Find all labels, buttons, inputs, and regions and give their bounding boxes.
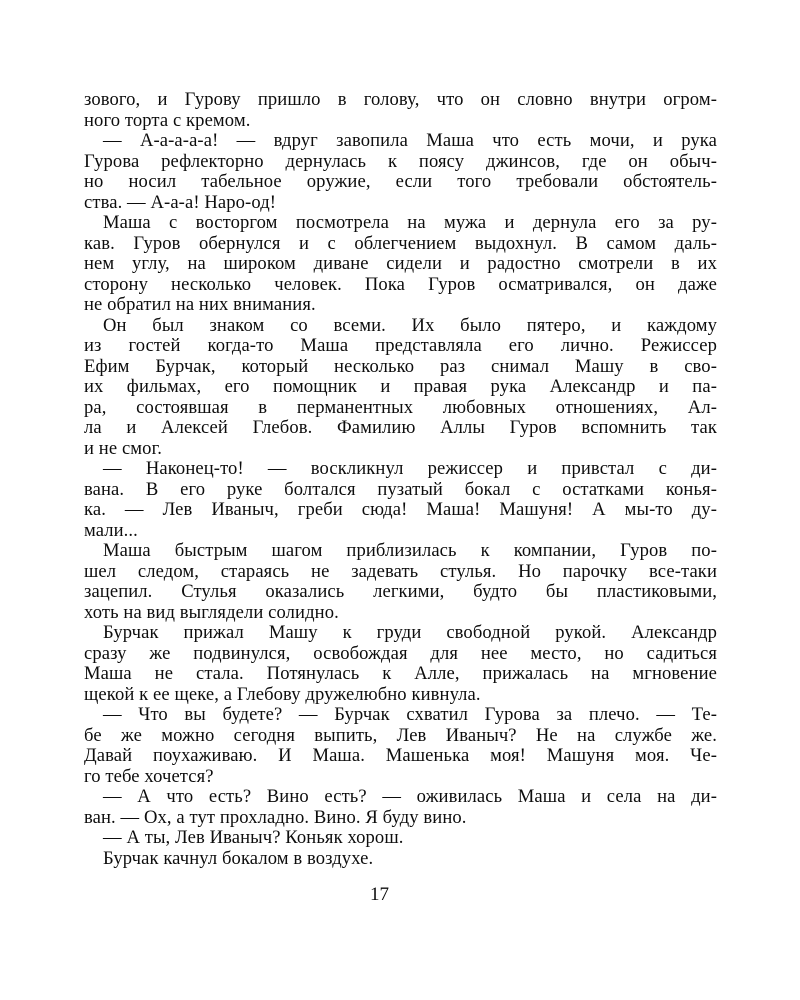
page-text: зового, и Гурову пришло в голову, что он…: [84, 90, 717, 869]
text-line: мали...: [84, 521, 717, 542]
text-line: Гурова рефлекторно дернулась к поясу джи…: [84, 152, 717, 173]
text-line: Ефим Бурчак, который несколько раз снима…: [84, 357, 717, 378]
text-line: — А ты, Лев Иваныч? Коньяк хорош.: [84, 828, 717, 849]
text-line: не обратил на них внимания.: [84, 295, 717, 316]
text-line: Маша быстрым шагом приблизилась к компан…: [84, 541, 717, 562]
text-line: бе же можно сегодня выпить, Лев Иваныч? …: [84, 726, 717, 747]
text-line: — А-а-а-а-а! — вдруг завопила Маша что е…: [84, 131, 717, 152]
text-line: го тебе хочется?: [84, 767, 717, 788]
text-line: кав. Гуров обернулся и с облегчением выд…: [84, 234, 717, 255]
text-line: Бурчак качнул бокалом в воздухе.: [84, 849, 717, 870]
text-line: сторону несколько человек. Пока Гуров ос…: [84, 275, 717, 296]
book-page: зового, и Гурову пришло в голову, что он…: [0, 0, 800, 1000]
text-line: Маша не стала. Потянулась к Алле, прижал…: [84, 664, 717, 685]
text-line: — Наконец-то! — воскликнул режиссер и пр…: [84, 459, 717, 480]
text-line: шел следом, стараясь не задевать стулья.…: [84, 562, 717, 583]
text-line: зового, и Гурову пришло в голову, что он…: [84, 90, 717, 111]
text-line: щекой к ее щеке, а Глебову дружелюбно ки…: [84, 685, 717, 706]
text-line: Бурчак прижал Машу к груди свободной рук…: [84, 623, 717, 644]
text-line: из гостей когда-то Маша представляла его…: [84, 336, 717, 357]
text-line: ван. — Ох, а тут прохладно. Вино. Я буду…: [84, 808, 717, 829]
text-line: — А что есть? Вино есть? — оживилась Маш…: [84, 787, 717, 808]
text-line: Давай поухаживаю. И Маша. Машенька моя! …: [84, 746, 717, 767]
text-line: Маша с восторгом посмотрела на мужа и де…: [84, 213, 717, 234]
text-line: ного торта с кремом.: [84, 111, 717, 132]
text-line: и не смог.: [84, 439, 717, 460]
text-line: но носил табельное оружие, если того тре…: [84, 172, 717, 193]
text-line: зацепил. Стулья оказались легкими, будто…: [84, 582, 717, 603]
text-line: ра, состоявшая в перманентных любовных о…: [84, 398, 717, 419]
text-line: хоть на вид выглядели солидно.: [84, 603, 717, 624]
text-line: их фильмах, его помощник и правая рука А…: [84, 377, 717, 398]
text-line: — Что вы будете? — Бурчак схватил Гурова…: [84, 705, 717, 726]
text-line: ства. — А-а-а! Наро-од!: [84, 193, 717, 214]
text-line: нем углу, на широком диване сидели и рад…: [84, 254, 717, 275]
text-line: ла и Алексей Глебов. Фамилию Аллы Гуров …: [84, 418, 717, 439]
text-line: сразу же подвинулся, освобождая для нее …: [84, 644, 717, 665]
text-line: вана. В его руке болтался пузатый бокал …: [84, 480, 717, 501]
text-line: ка. — Лев Иваныч, греби сюда! Маша! Машу…: [84, 500, 717, 521]
page-number: 17: [63, 884, 696, 905]
text-line: Он был знаком со всеми. Их было пятеро, …: [84, 316, 717, 337]
